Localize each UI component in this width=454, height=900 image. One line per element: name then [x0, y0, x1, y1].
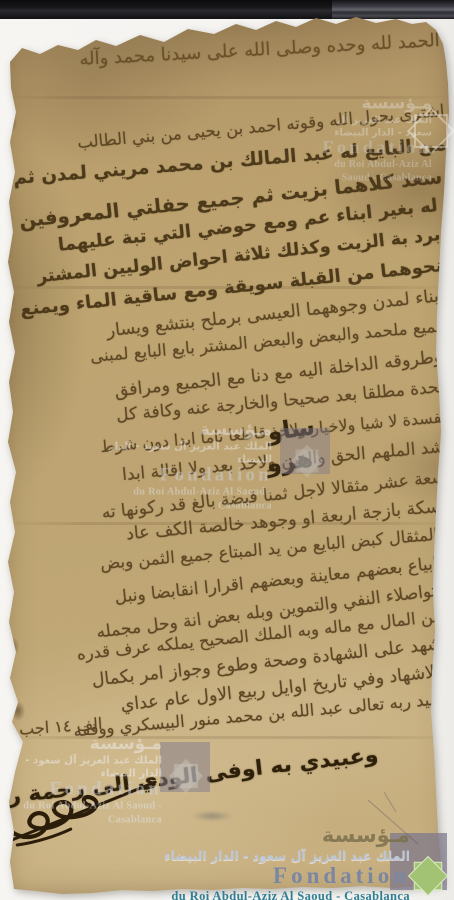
paper-crease — [0, 736, 454, 739]
paper-sheet: الحمد لله وحده وصلى الله على سيدنا محمد … — [0, 0, 454, 900]
manuscript-line: الحمد لله وحده وصلى الله على سيدنا محمد … — [79, 32, 440, 69]
manuscript-bold-word: هزو — [264, 446, 313, 476]
torn-edge-stain — [4, 636, 20, 658]
paper-shadow-wrap: الحمد لله وحده وصلى الله على سيدنا محمد … — [0, 0, 454, 900]
pencil-smudge — [188, 810, 236, 822]
pencil-marks — [340, 786, 450, 856]
paper-crease — [0, 96, 454, 99]
signature-flourish — [0, 764, 209, 851]
torn-edge-stain — [2, 112, 18, 134]
torn-edge-stain — [0, 288, 16, 310]
manuscript-bold-word: ساو — [266, 414, 316, 444]
manuscript-scan: الحمد لله وحده وصلى الله على سيدنا محمد … — [0, 0, 454, 900]
